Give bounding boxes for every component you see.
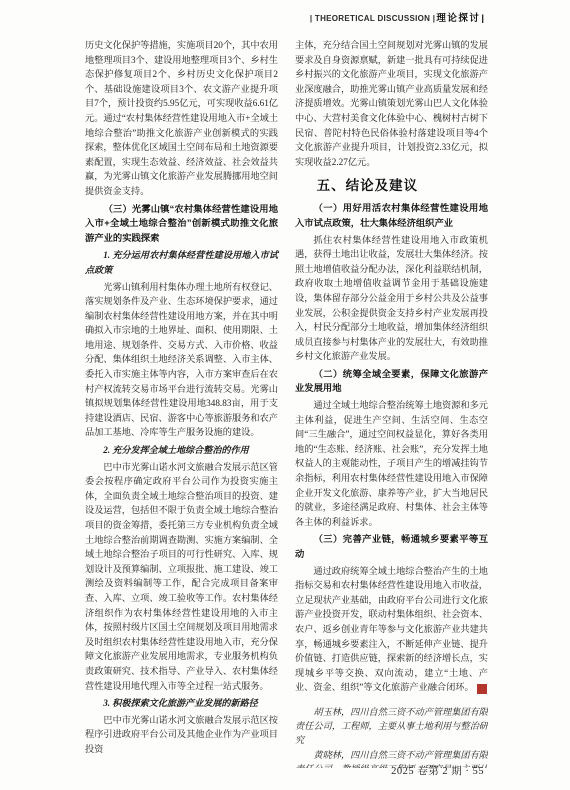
paragraph: 光雾山镇利用村集体办理土地所有权登记、落实规划条件及产业、生态环境保护要求，通过…	[85, 280, 278, 441]
conclusion-heading-3: （三）完善产业链，畅通城乡要素平等互动	[295, 532, 488, 561]
conclusion-heading-1: （一）用好用活农村集体经营性建设用地入市试点政策，壮大集体经济组织产业	[295, 201, 488, 230]
section-heading-conclusions: 五、结论及建议	[295, 177, 488, 195]
article-end-mark: S	[477, 684, 487, 694]
conclusion-heading-2: （二）统筹全域全要素，保障文化旅游产业发展用地	[295, 367, 488, 396]
paragraph: 巴中市光雾山诺水河文旅融合发展示范区管委会按程序确定政府平台公司作为投资实施主体…	[85, 460, 278, 694]
paragraph-final: 通过政府统筹全域土地综合整治产生的土地指标交易和农村集体经营性建设用地入市收益，…	[295, 564, 488, 695]
point-heading-1: 1. 充分运用农村集体经营性建设用地入市试点政策	[85, 248, 278, 277]
final-paragraph-text: 通过政府统筹全域土地综合整治产生的土地指标交易和农村集体经营性建设用地入市收益，…	[295, 566, 488, 693]
paragraph-continued-from-previous-page: 历史文化保护等措施，实施项目20个，其中农用地整理项目3个、建设用地整理项目3个…	[85, 38, 278, 199]
author-bios: 胡玉林，四川自然三资不动产管理集团有限责任公司，工程师，主要从事土地利用与整治研…	[295, 705, 488, 768]
journal-running-head: | THEORETICAL DISCUSSION |理论探讨|	[310, 8, 484, 26]
running-head-end-bar: |	[481, 13, 484, 24]
paragraph: 通过全域土地综合整治统筹土地资源和多元主体利益，促进生产空间、生活空间、生态空间…	[295, 398, 488, 529]
issue-page-number: 2025 卷第 2 期 · 55	[391, 766, 484, 777]
page-footer: 2025 卷第 2 期 · 55	[391, 763, 484, 778]
right-column: 主体，充分结合国土空间规划对光雾山镇的发展要求及自身资源禀赋，新建一批具有可持续…	[295, 38, 488, 768]
paragraph: 抓住农村集体经营性建设用地入市政策机遇，获得土地出让收益，发展壮大集体经济。按照…	[295, 233, 488, 364]
paragraph-continued-across-columns: 主体，充分结合国土空间规划对光雾山镇的发展要求及自身资源禀赋，新建一批具有可持续…	[295, 38, 488, 169]
article-body: 历史文化保护等措施，实施项目20个，其中农用地整理项目3个、建设用地整理项目3个…	[85, 38, 488, 768]
journal-page: | THEORETICAL DISCUSSION |理论探讨| 历史文化保护等措…	[0, 0, 570, 790]
running-head-chinese: 理论探讨	[436, 13, 480, 24]
subsection-heading-three: （三）光雾山镇“农村集体经营性建设用地入市+全域土地综合整治”创新模式助推文化旅…	[85, 202, 278, 246]
author-bio: 胡玉林，四川自然三资不动产管理集团有限责任公司，工程师，主要从事土地利用与整治研…	[295, 705, 488, 748]
point-heading-2: 2. 充分发挥全域土地综合整治的作用	[85, 443, 278, 458]
left-column: 历史文化保护等措施，实施项目20个，其中农用地整理项目3个、建设用地整理项目3个…	[85, 38, 278, 768]
running-head-english: | THEORETICAL DISCUSSION |	[310, 14, 435, 23]
point-heading-3: 3. 积极探索文化旅游产业发展的新路径	[85, 696, 278, 711]
paragraph: 巴中市光雾山诺水河文旅融合发展示范区按程序引进政府平台公司及其他企业作为产业项目…	[85, 713, 278, 757]
